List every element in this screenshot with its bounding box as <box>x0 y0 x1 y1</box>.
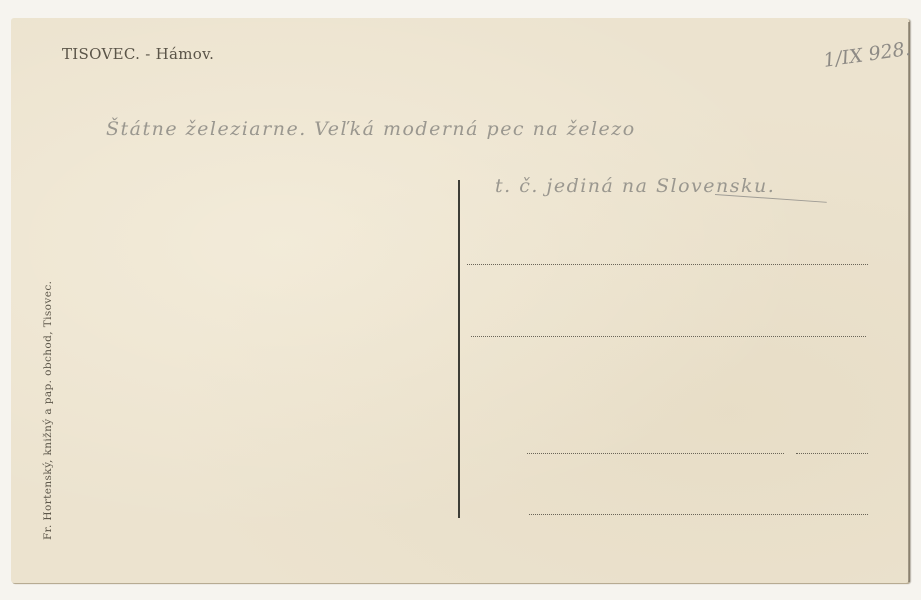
message-address-divider <box>458 180 460 518</box>
publisher-imprint: Fr. Hortenský, knižný a pap. obchod, Tis… <box>42 281 54 540</box>
scan-background: TISOVEC. - Hámov. 1/IX 928. Štátne želez… <box>0 0 921 600</box>
postcard <box>11 18 909 583</box>
address-line-3-right <box>796 453 868 454</box>
address-line-1 <box>467 264 868 265</box>
address-line-3-left <box>527 453 784 454</box>
address-line-2 <box>471 336 866 337</box>
handwritten-message-line-1: Štátne železiarne. Veľká moderná pec na … <box>106 118 636 140</box>
card-edge-shadow <box>908 22 910 582</box>
printed-title: TISOVEC. - Hámov. <box>62 45 214 63</box>
address-line-4 <box>529 514 868 515</box>
handwritten-message-line-2: t. č. jediná na Slovensku. <box>495 175 775 197</box>
